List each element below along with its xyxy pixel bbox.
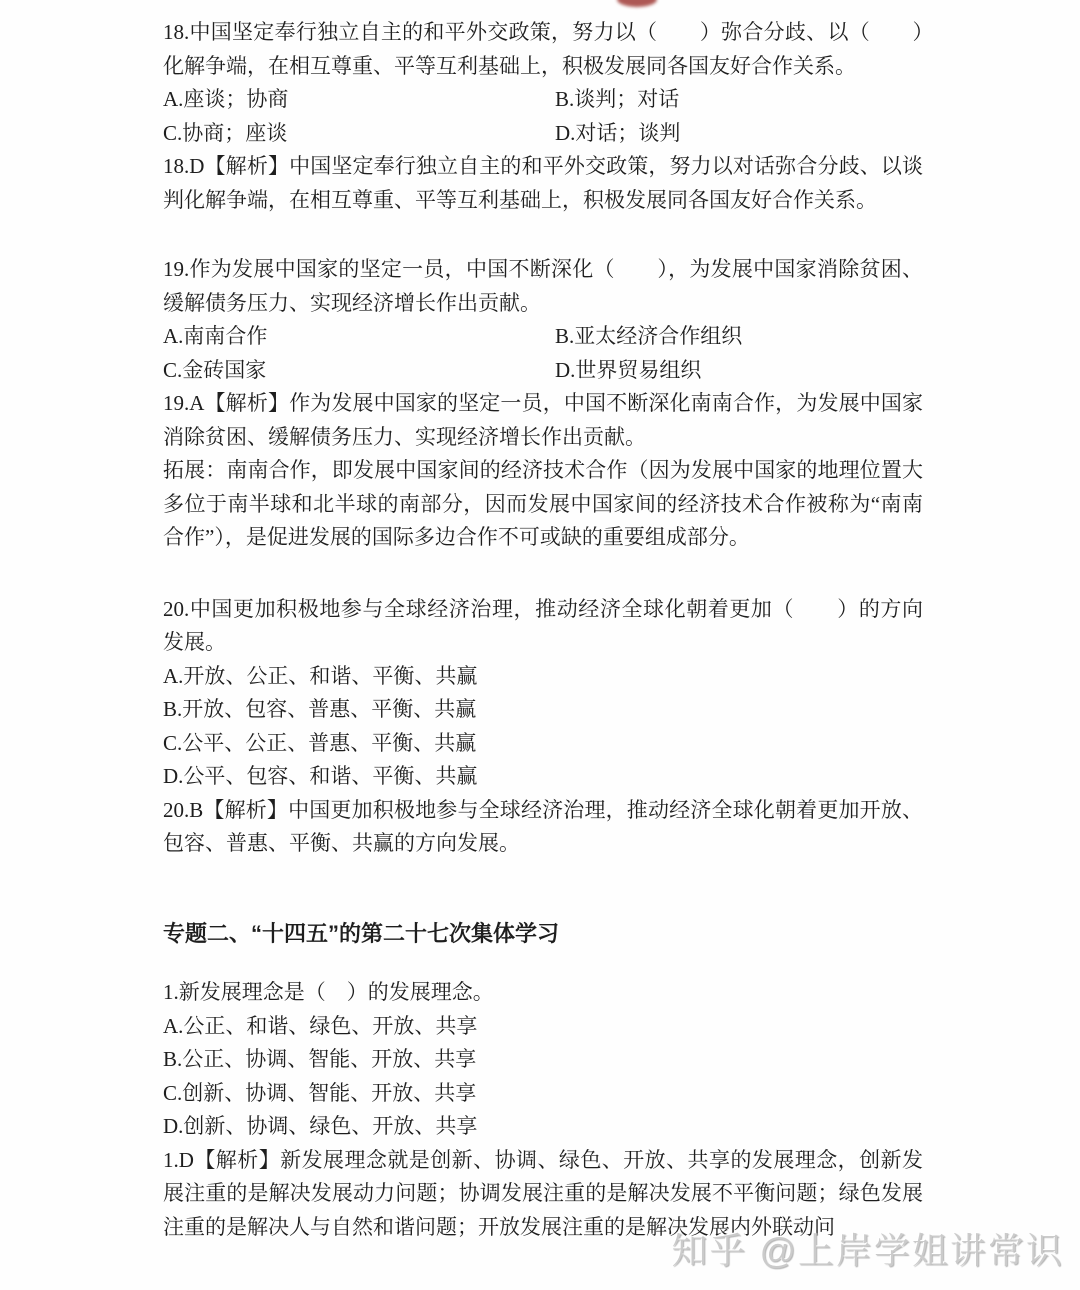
section2-heading: 专题二、“十四五”的第二十七次集体学习 (163, 917, 923, 951)
question-20-stem: 20.中国更加积极地参与全球经济治理，推动经济全球化朝着更加（ ）的方向发展。 (163, 593, 923, 660)
question-19-option-d: D.世界贸易组织 (555, 354, 923, 388)
question-19-option-b: B.亚太经济合作组织 (555, 320, 923, 354)
question-19-option-c: C.金砖国家 (163, 354, 555, 388)
question-18-option-b: B.谈判；对话 (555, 83, 923, 117)
question-20-analysis: 20.B【解析】中国更加积极地参与全球经济治理，推动经济全球化朝着更加开放、包容… (163, 794, 923, 861)
question-1-option-b: B.公正、协调、智能、开放、共享 (163, 1043, 923, 1077)
question-18-stem: 18.中国坚定奉行独立自主的和平外交政策，努力以（ ）弥合分歧、以（ ）化解争端… (163, 16, 923, 83)
question-19-extension: 拓展：南南合作，即发展中国家间的经济技术合作（因为发展中国家的地理位置大多位于南… (163, 454, 923, 555)
spacer (163, 950, 923, 976)
question-20-option-a: A.开放、公正、和谐、平衡、共赢 (163, 660, 923, 694)
question-1-option-d: D.创新、协调、绿色、开放、共享 (163, 1110, 923, 1144)
question-20-option-d: D.公平、包容、和谐、平衡、共赢 (163, 760, 923, 794)
question-18-options: A.座谈；协商 B.谈判；对话 C.协商；座谈 D.对话；谈判 (163, 83, 923, 150)
question-1-analysis: 1.D【解析】新发展理念就是创新、协调、绿色、开放、共享的发展理念，创新发展注重… (163, 1144, 923, 1245)
question-1-stem: 1.新发展理念是（ ）的发展理念。 (163, 976, 923, 1010)
question-19-option-a: A.南南合作 (163, 320, 555, 354)
question-1-options: A.公正、和谐、绿色、开放、共享 B.公正、协调、智能、开放、共享 C.创新、协… (163, 1010, 923, 1144)
question-18-analysis: 18.D【解析】中国坚定奉行独立自主的和平外交政策，努力以对话弥合分歧、以谈判化… (163, 150, 923, 217)
question-1-option-a: A.公正、和谐、绿色、开放、共享 (163, 1010, 923, 1044)
question-18-option-c: C.协商；座谈 (163, 117, 555, 151)
question-19-stem: 19.作为发展中国家的坚定一员，中国不断深化（ ），为发展中国家消除贫困、缓解债… (163, 253, 923, 320)
question-20-option-b: B.开放、包容、普惠、平衡、共赢 (163, 693, 923, 727)
spacer (163, 217, 923, 253)
question-18-option-d: D.对话；谈判 (555, 117, 923, 151)
document-content: 18.中国坚定奉行独立自主的和平外交政策，努力以（ ）弥合分歧、以（ ）化解争端… (163, 16, 923, 1244)
spacer (163, 555, 923, 593)
question-19-options: A.南南合作 B.亚太经济合作组织 C.金砖国家 D.世界贸易组织 (163, 320, 923, 387)
question-20-option-c: C.公平、公正、普惠、平衡、共赢 (163, 727, 923, 761)
question-19-analysis: 19.A【解析】作为发展中国家的坚定一员，中国不断深化南南合作，为发展中国家消除… (163, 387, 923, 454)
spacer (163, 861, 923, 917)
question-20-options: A.开放、公正、和谐、平衡、共赢 B.开放、包容、普惠、平衡、共赢 C.公平、公… (163, 660, 923, 794)
red-pen-mark (617, 0, 657, 7)
question-1-option-c: C.创新、协调、智能、开放、共享 (163, 1077, 923, 1111)
question-18-option-a: A.座谈；协商 (163, 83, 555, 117)
